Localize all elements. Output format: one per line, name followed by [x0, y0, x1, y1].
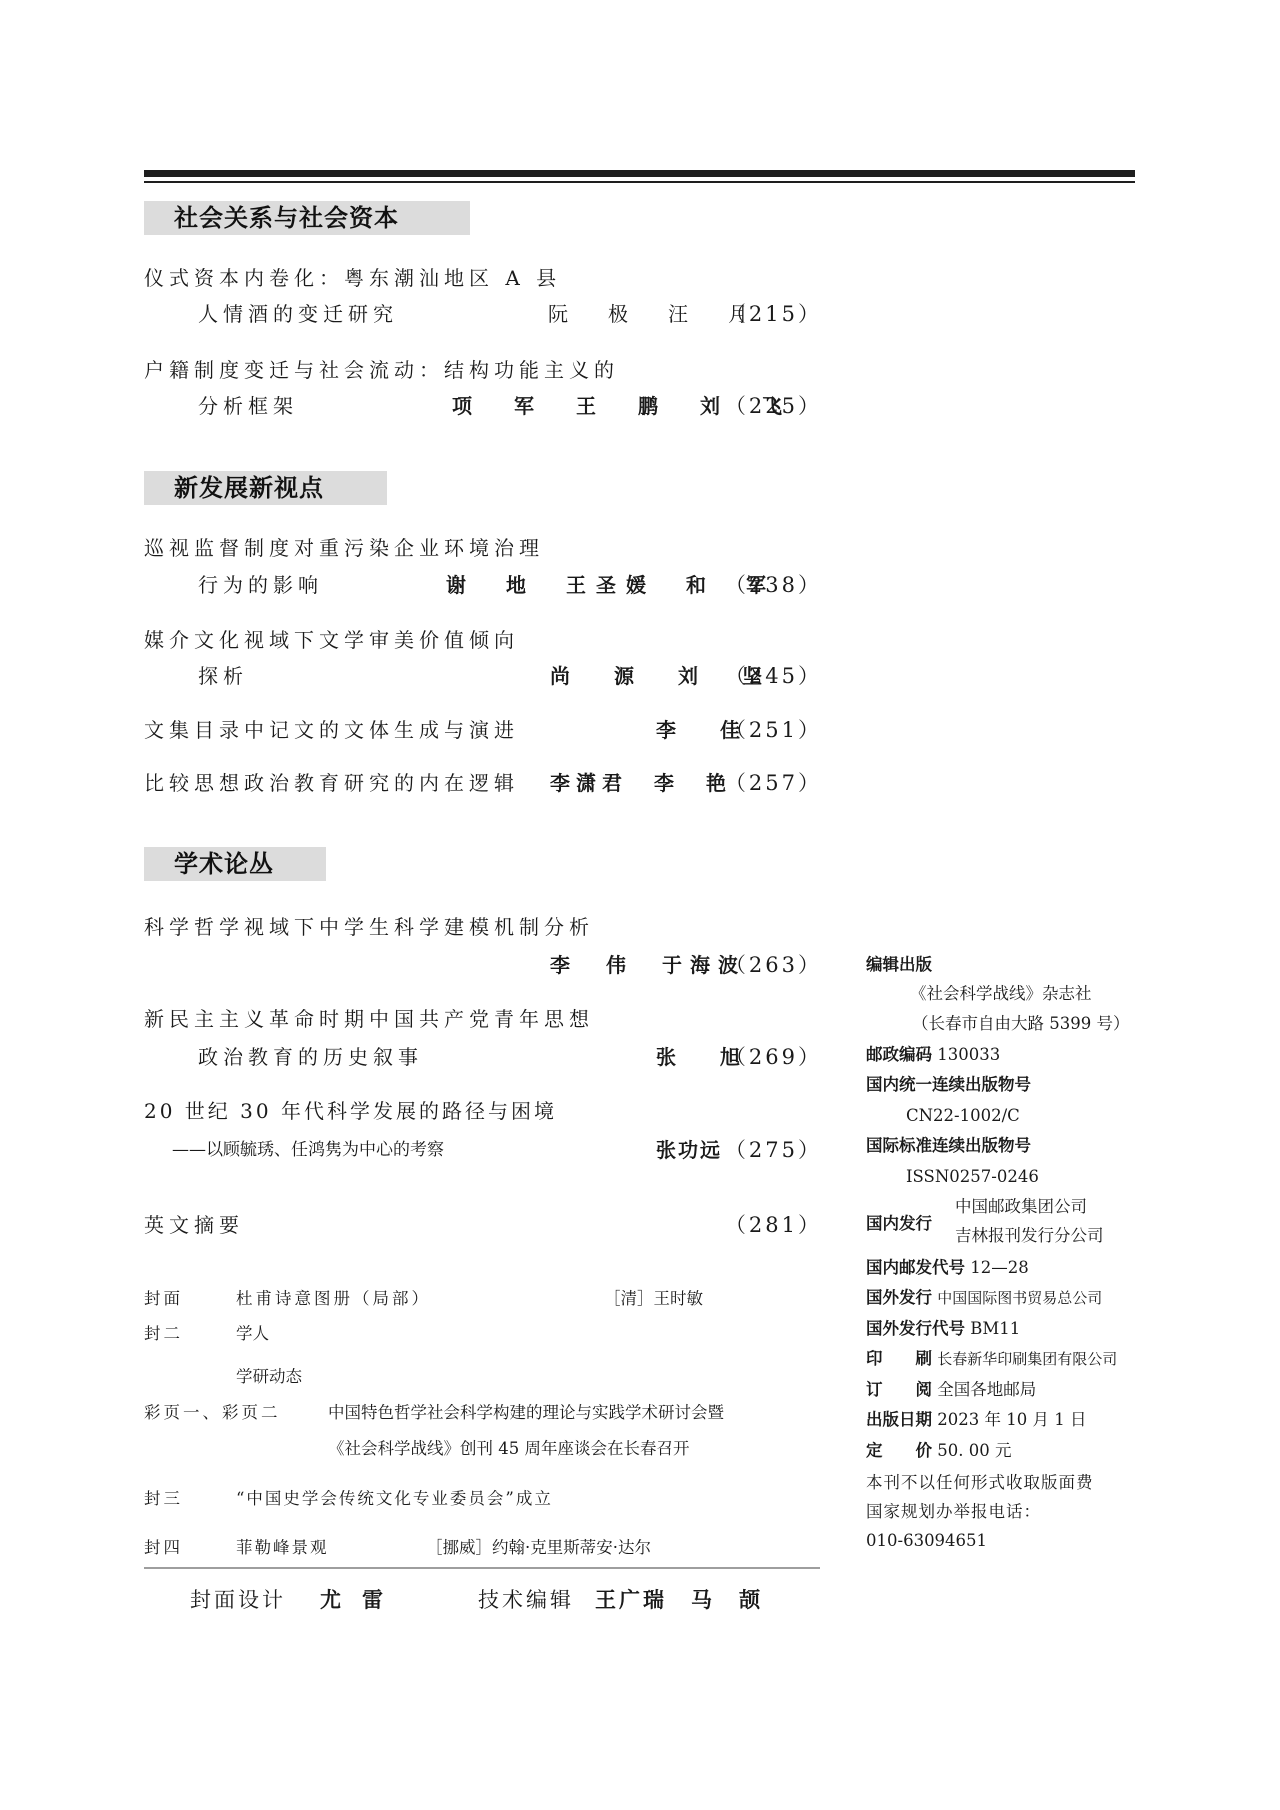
domestic-code-row: 国内邮发代号 12—28 [866, 1256, 1029, 1280]
price-label: 定 价 [866, 1441, 932, 1460]
issn-label-text: 国际标准连续出版物号 [866, 1136, 1031, 1155]
price-row: 定 价 50. 00 元 [866, 1439, 1011, 1463]
cn-label-text: 国内统一连续出版物号 [866, 1075, 1031, 1094]
article-page: （269） [725, 1043, 822, 1071]
section-header-academic-forum: 学术论丛 [144, 847, 326, 881]
hotline-phone: 010-63094651 [866, 1529, 987, 1553]
foreign-dist-row: 国外发行 中国国际图书贸易总公司 [866, 1286, 1102, 1310]
article-title-line2[interactable]: 探析 [198, 662, 248, 690]
print-label: 印 刷 [866, 1349, 932, 1368]
color-plates-content: 中国特色哲学社会科学构建的理论与实践学术研讨会暨 [328, 1401, 724, 1425]
editor-label: 编辑出版 [866, 953, 932, 977]
tech-editor-names-text: 王广瑞 马 颉 [595, 1588, 763, 1612]
article-title-line2[interactable]: 政治教育的历史叙事 [198, 1043, 423, 1071]
article-page: （215） [725, 300, 822, 328]
article-subtitle[interactable]: ——以顾毓琇、任鸿隽为中心的考察 [172, 1136, 444, 1164]
cover-design-label: 封面设计 [190, 1585, 286, 1615]
editor-label-text: 编辑出版 [866, 955, 932, 974]
cover-design-name: 尤 雷 [320, 1585, 383, 1615]
english-abstract-page: （281） [725, 1211, 822, 1239]
cover-label: 封面 [144, 1287, 183, 1311]
article-authors: 张功远 [656, 1136, 722, 1164]
cover3-content: “中国史学会传统文化专业委员会”成立 [236, 1487, 553, 1511]
domestic-dist-label-text: 国内发行 [866, 1214, 932, 1233]
cover3-label: 封三 [144, 1487, 183, 1511]
article-title-line1[interactable]: 比较思想政治教育研究的内在逻辑 [144, 769, 519, 797]
subscribe-row: 订 阅 全国各地邮局 [866, 1378, 1036, 1402]
color-plates-content2: 《社会科学战线》创刊 45 周年座谈会在长春召开 [328, 1437, 690, 1461]
color-plates-label: 彩页一、彩页二 [144, 1401, 281, 1425]
foreign-dist-label: 国外发行 [866, 1288, 932, 1307]
foreign-code-label: 国外发行代号 [866, 1319, 965, 1338]
article-title-line1[interactable]: 巡视监督制度对重污染企业环境治理 [144, 534, 544, 562]
notice-fee: 本刊不以任何形式收取版面费 [866, 1471, 1094, 1495]
article-title-line2[interactable]: 分析框架 [198, 392, 298, 420]
article-page: （263） [725, 951, 822, 979]
notice-hotline: 国家规划办举报电话： [866, 1500, 1041, 1524]
cover-artist: ［清］王时敏 [604, 1287, 703, 1311]
top-rule-thin [144, 181, 1135, 183]
article-title-line1[interactable]: 文集目录中记文的文体生成与演进 [144, 716, 519, 744]
cover-design-name-text: 尤 雷 [320, 1588, 383, 1612]
foreign-code-row: 国外发行代号 BM11 [866, 1317, 1020, 1341]
article-authors: 李潇君 李 艳 [550, 769, 732, 797]
foreign-dist-value: 中国国际图书贸易总公司 [937, 1289, 1102, 1307]
section-header-new-development: 新发展新视点 [144, 471, 387, 505]
editor-address: （长春市自由大路 5399 号） [912, 1012, 1129, 1036]
section-header-social-capital: 社会关系与社会资本 [144, 201, 470, 235]
cover2-content2: 学研动态 [236, 1365, 302, 1389]
date-label: 出版日期 [866, 1410, 932, 1429]
postcode-label: 邮政编码 [866, 1045, 932, 1064]
article-title-line1[interactable]: 媒介文化视域下文学审美价值倾向 [144, 626, 519, 654]
domestic-code-value: 12—28 [970, 1258, 1029, 1277]
domestic-dist-1: 中国邮政集团公司 [955, 1195, 1087, 1219]
article-title-line1[interactable]: 仪式资本内卷化：粤东潮汕地区 A 县 [144, 264, 561, 292]
print-row: 印 刷 长春新华印刷集团有限公司 [866, 1347, 1117, 1371]
date-value: 2023 年 10 月 1 日 [937, 1410, 1086, 1429]
postcode-value: 130033 [937, 1045, 1000, 1064]
foreign-code-value: BM11 [970, 1319, 1020, 1338]
issn-label: 国际标准连续出版物号 [866, 1134, 1031, 1158]
article-page: （245） [725, 662, 822, 690]
article-page: （238） [725, 571, 822, 599]
cn-label: 国内统一连续出版物号 [866, 1073, 1031, 1097]
tech-editor-label: 技术编辑 [478, 1585, 574, 1615]
article-page: （275） [725, 1136, 822, 1164]
cover4-label: 封四 [144, 1536, 183, 1560]
section-title: 社会关系与社会资本 [174, 202, 399, 234]
article-title-line1[interactable]: 户籍制度变迁与社会流动：结构功能主义的 [144, 356, 619, 384]
article-title-line1[interactable]: 科学哲学视域下中学生科学建模机制分析 [144, 913, 594, 941]
cn-value: CN22-1002/C [906, 1104, 1020, 1128]
cover4-artist: ［挪威］约翰·克里斯蒂安·达尔 [426, 1536, 651, 1560]
top-rule-thick [144, 170, 1135, 177]
subscribe-value: 全国各地邮局 [937, 1380, 1036, 1399]
bottom-rule [144, 1567, 820, 1569]
cover2-label: 封二 [144, 1322, 183, 1346]
article-page: （225） [725, 392, 822, 420]
postcode-row: 邮政编码 130033 [866, 1043, 1000, 1067]
article-title-line2[interactable]: 人情酒的变迁研究 [198, 300, 398, 328]
tech-editor-names: 王广瑞 马 颉 [595, 1585, 763, 1615]
domestic-dist-label: 国内发行 [866, 1212, 932, 1236]
article-page: （251） [725, 716, 822, 744]
article-title-line1[interactable]: 20 世纪 30 年代科学发展的路径与困境 [144, 1097, 557, 1125]
domestic-dist-2: 吉林报刊发行分公司 [955, 1224, 1104, 1248]
cover4-content: 菲勒峰景观 [236, 1536, 329, 1560]
cover2-content: 学人 [236, 1322, 269, 1346]
issn-value: ISSN0257-0246 [906, 1165, 1039, 1189]
section-title: 新发展新视点 [174, 472, 324, 504]
article-page: （257） [725, 769, 822, 797]
editor-name: 《社会科学战线》杂志社 [910, 982, 1092, 1006]
article-authors: 李 伟 于海波 [550, 951, 746, 979]
print-value: 长春新华印刷集团有限公司 [937, 1350, 1117, 1368]
article-title-line2[interactable]: 行为的影响 [198, 571, 323, 599]
date-row: 出版日期 2023 年 10 月 1 日 [866, 1408, 1086, 1432]
subscribe-label: 订 阅 [866, 1380, 932, 1399]
domestic-code-label: 国内邮发代号 [866, 1258, 965, 1277]
section-title: 学术论丛 [174, 848, 274, 880]
article-title-line1[interactable]: 新民主主义革命时期中国共产党青年思想 [144, 1005, 594, 1033]
cover-content: 杜甫诗意图册（局部） [236, 1287, 431, 1311]
price-value: 50. 00 元 [937, 1441, 1011, 1460]
english-abstract-label[interactable]: 英文摘要 [144, 1211, 244, 1239]
